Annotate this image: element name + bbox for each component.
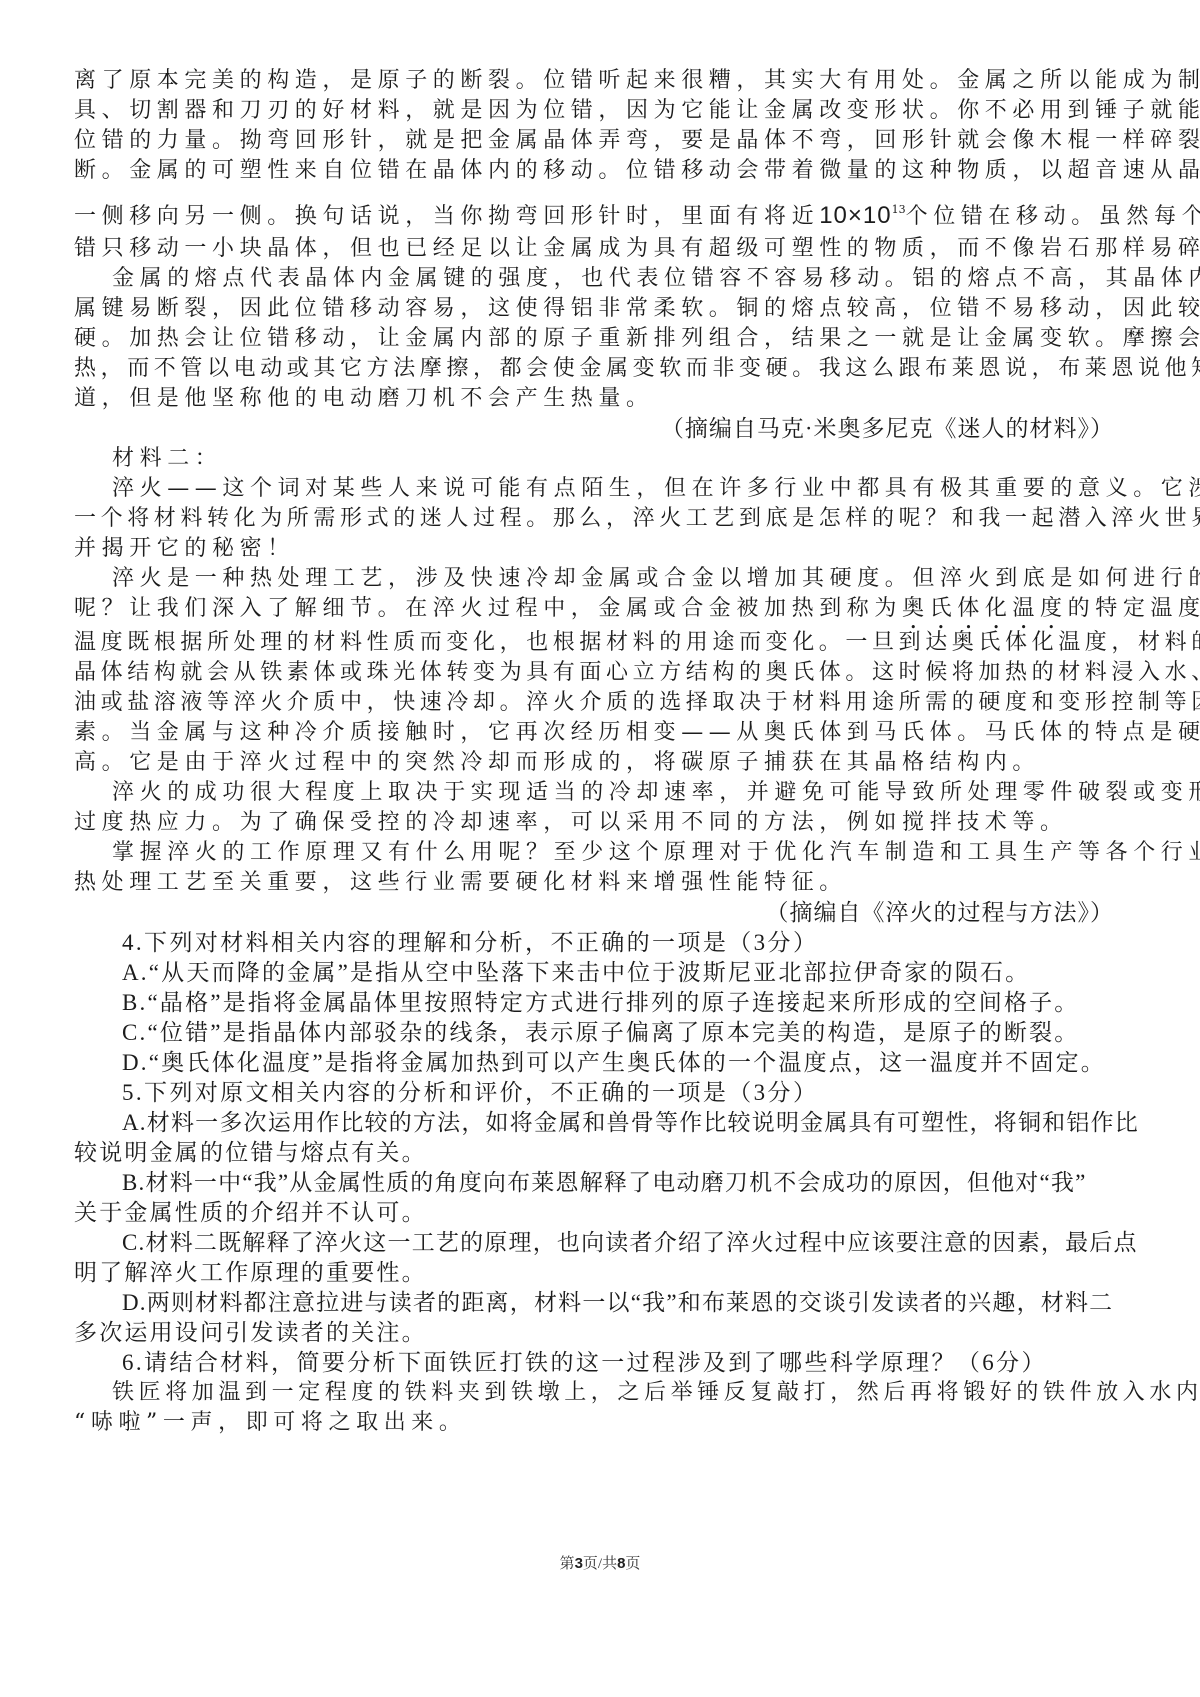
text-line: 淬火——这个词对某些人来说可能有点陌生，但在许多行业中都具有极其重要的意义。它涉…: [74, 474, 1114, 504]
question-stem: 5.下列对原文相关内容的分析和评价，不正确的一项是（3分）: [74, 1078, 1114, 1108]
option-a-cont: 较说明金属的位错与熔点有关。: [74, 1138, 1114, 1168]
text-line: 位错的力量。拗弯回形针，就是把金属晶体弄弯，要是晶体不弯，回形针就会像木棍一样碎…: [74, 126, 1114, 156]
option-c: C.材料二既解释了淬火这一工艺的原理，也向读者介绍了淬火过程中应该要注意的因素，…: [74, 1228, 1114, 1258]
section-heading: 材料二：: [74, 444, 1114, 474]
current-page-number: 3: [575, 1555, 583, 1572]
question-stem: 6.请结合材料，简要分析下面铁匠打铁的这一过程涉及到了哪些科学原理？（6分）: [74, 1348, 1114, 1378]
text-line: 掌握淬火的工作原理又有什么用呢？至少这个原理对于优化汽车制造和工具生产等各个行业…: [74, 838, 1114, 868]
text-line: 热处理工艺至关重要，这些行业需要硬化材料来增强性能特征。: [74, 868, 1114, 898]
number-value: 10×10: [819, 202, 891, 229]
question-passage: “哧啦”一声，即可将之取出来。: [74, 1408, 1114, 1438]
text-segment: 一侧移向另一侧。换句话说，当你拗弯回形针时，里面有将近: [74, 204, 819, 229]
text-line: 晶体结构就会从铁素体或珠光体转变为具有面心立方结构的奥氏体。这时候将加热的材料浸…: [74, 658, 1114, 688]
option-c: C.“位错”是指晶体内部驳杂的线条，表示原子偏离了原本完美的构造，是原子的断裂。: [74, 1018, 1114, 1048]
text-line: 淬火的成功很大程度上取决于实现适当的冷却速率，并避免可能导致所处理零件破裂或变形…: [74, 778, 1114, 808]
text-line: 道，但是他坚称他的电动磨刀机不会产生热量。: [74, 384, 1114, 414]
option-a: A.“从天而降的金属”是指从空中坠落下来击中位于波斯尼亚北部拉伊奇家的陨石。: [74, 958, 1114, 988]
material-two: 材料二： 淬火——这个词对某些人来说可能有点陌生，但在许多行业中都具有极其重要的…: [74, 444, 1114, 928]
option-c-cont: 明了解淬火工作原理的重要性。: [74, 1258, 1114, 1288]
exponent: 13: [892, 203, 906, 216]
exam-page: 离了原本完美的构造，是原子的断裂。位错听起来很糟，其实大有用处。金属之所以能成为…: [74, 66, 1114, 1438]
option-b-cont: 关于金属性质的介绍并不认可。: [74, 1198, 1114, 1228]
footer-text: 页/共: [583, 1556, 617, 1572]
option-b: B.“晶格”是指将金属晶体里按照特定方式进行排列的原子连接起来所形成的空间格子。: [74, 988, 1114, 1018]
text-line: 并揭开它的秘密！: [74, 534, 1114, 564]
text-line: 离了原本完美的构造，是原子的断裂。位错听起来很糟，其实大有用处。金属之所以能成为…: [74, 66, 1114, 96]
text-line: 属键易断裂，因此位错移动容易，这使得铝非常柔软。铜的熔点较高，位错不易移动，因此…: [74, 294, 1114, 324]
text-line: 高。它是由于淬火过程中的突然冷却而形成的，将碳原子捕获在其晶格结构内。: [74, 748, 1114, 778]
source-citation: （摘编自《淬火的过程与方法》）: [74, 898, 1114, 928]
text-line: 温度既根据所处理的材料性质而变化，也根据材料的用途而变化。一旦到达奥氏体化温度，…: [74, 628, 1114, 658]
question-6: 6.请结合材料，简要分析下面铁匠打铁的这一过程涉及到了哪些科学原理？（6分） 铁…: [74, 1348, 1114, 1438]
question-5: 5.下列对原文相关内容的分析和评价，不正确的一项是（3分） A.材料一多次运用作…: [74, 1078, 1114, 1348]
text-line-with-exponent: 一侧移向另一侧。换句话说，当你拗弯回形针时，里面有将近10×1013个位错在移动…: [74, 190, 1114, 228]
text-line: 错只移动一小块晶体，但也已经足以让金属成为具有超级可塑性的物质，而不像岩石那样易…: [74, 234, 1114, 264]
material-one: 离了原本完美的构造，是原子的断裂。位错听起来很糟，其实大有用处。金属之所以能成为…: [74, 66, 1114, 444]
text-segment: 个位错在移动。虽然每个位: [906, 204, 1200, 229]
option-d: D.“奥氏体化温度”是指将金属加热到可以产生奥氏体的一个温度点，这一温度并不固定…: [74, 1048, 1114, 1078]
question-passage: 铁匠将加温到一定程度的铁料夹到铁墩上，之后举锤反复敲打，然后再将锻好的铁件放入水…: [74, 1378, 1114, 1408]
text-segment: 的特定温度。该: [1068, 596, 1200, 621]
option-d-cont: 多次运用设问引发读者的关注。: [74, 1318, 1114, 1348]
question-stem: 4.下列对材料相关内容的理解和分析，不正确的一项是（3分）: [74, 928, 1114, 958]
option-d: D.两则材料都注意拉进与读者的距离，材料一以“我”和布莱恩的交谈引发读者的兴趣，…: [74, 1288, 1114, 1318]
source-citation: （摘编自马克·米奥多尼克《迷人的材料》）: [74, 414, 1114, 444]
text-line: 淬火是一种热处理工艺，涉及快速冷却金属或合金以增加其硬度。但淬火到底是如何进行的: [74, 564, 1114, 594]
text-line: 金属的熔点代表晶体内金属键的强度，也代表位错容不容易移动。铝的熔点不高，其晶体内…: [74, 264, 1114, 294]
option-b: B.材料一中“我”从金属性质的角度向布莱恩解释了电动磨刀机不会成功的原因，但他对…: [74, 1168, 1114, 1198]
text-line-emphasis: 呢？让我们深入了解细节。在淬火过程中，金属或合金被加热到称为奥氏体化温度的特定温…: [74, 594, 1114, 624]
emphasized-term: 奥氏体化温度: [902, 596, 1068, 621]
text-line: 素。当金属与这种冷介质接触时，它再次经历相变——从奥氏体到马氏体。马氏体的特点是…: [74, 718, 1114, 748]
footer-text: 第: [560, 1556, 575, 1572]
text-line: 热，而不管以电动或其它方法摩擦，都会使金属变软而非变硬。我这么跟布莱恩说，布莱恩…: [74, 354, 1114, 384]
text-line: 过度热应力。为了确保受控的冷却速率，可以采用不同的方法，例如搅拌技术等。: [74, 808, 1114, 838]
text-line: 断。金属的可塑性来自位错在晶体内的移动。位错移动会带着微量的这种物质，以超音速从…: [74, 156, 1114, 186]
text-line: 具、切割器和刀刃的好材料，就是因为位错，因为它能让金属改变形状。你不必用到锤子就…: [74, 96, 1114, 126]
page-footer: 第3页/共8页: [0, 1552, 1200, 1573]
text-line: 油或盐溶液等淬火介质中，快速冷却。淬火介质的选择取决于材料用途所需的硬度和变形控…: [74, 688, 1114, 718]
text-segment: 呢？让我们深入了解细节。在淬火过程中，金属或合金被加热到称为: [74, 596, 902, 621]
text-line: 一个将材料转化为所需形式的迷人过程。那么，淬火工艺到底是怎样的呢？和我一起潜入淬…: [74, 504, 1114, 534]
footer-text: 页: [625, 1556, 640, 1572]
question-4: 4.下列对材料相关内容的理解和分析，不正确的一项是（3分） A.“从天而降的金属…: [74, 928, 1114, 1078]
text-line: 硬。加热会让位错移动，让金属内部的原子重新排列组合，结果之一就是让金属变软。摩擦…: [74, 324, 1114, 354]
questions: 4.下列对材料相关内容的理解和分析，不正确的一项是（3分） A.“从天而降的金属…: [74, 928, 1114, 1438]
option-a: A.材料一多次运用作比较的方法，如将金属和兽骨等作比较说明金属具有可塑性，将铜和…: [74, 1108, 1114, 1138]
